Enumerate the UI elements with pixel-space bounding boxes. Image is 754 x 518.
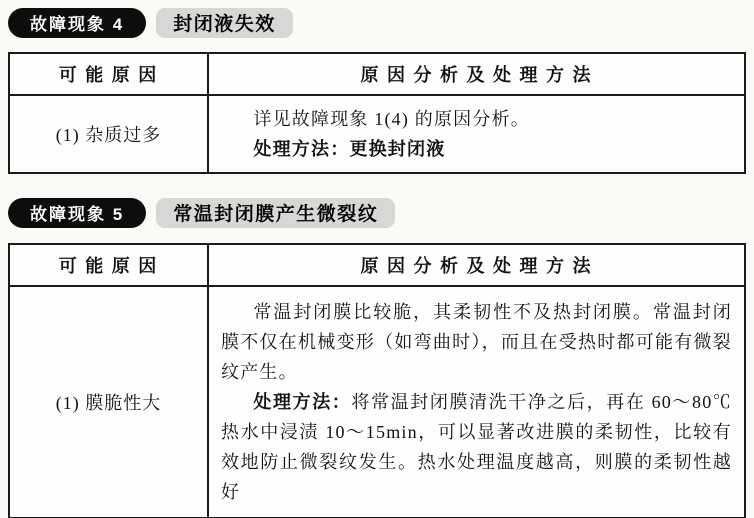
fault-table-4: 可 能 原 因 原 因 分 析 及 处 理 方 法 (1) 杂质过多 详见故障现…: [8, 52, 746, 174]
treatment-paragraph: 处理方法：更换封闭液: [221, 134, 732, 164]
analysis-cell: 详见故障现象 1(4) 的原因分析。 处理方法：更换封闭液: [208, 95, 745, 173]
fault-table-5: 可 能 原 因 原 因 分 析 及 处 理 方 法 (1) 膜脆性大 常温封闭膜…: [8, 243, 746, 518]
treatment-label: 处理方法：: [253, 392, 351, 412]
column-header-analysis: 原 因 分 析 及 处 理 方 法: [208, 244, 745, 286]
document-page: 故障现象 4 封闭液失效 可 能 原 因 原 因 分 析 及 处 理 方 法 (…: [0, 0, 754, 518]
analysis-cell: 常温封闭膜比较脆，其柔韧性不及热封闭膜。常温封闭膜不仅在机械变形（如弯曲时），而…: [208, 286, 745, 518]
cause-cell: (1) 膜脆性大: [9, 286, 208, 518]
fault-number-badge: 故障现象 4: [8, 8, 146, 38]
treatment-paragraph: 处理方法：将常温封闭膜清洗干净之后，再在 60～80℃热水中浸渍 10～15mi…: [221, 387, 732, 507]
table-row: (1) 杂质过多 详见故障现象 1(4) 的原因分析。 处理方法：更换封闭液: [9, 95, 745, 173]
analysis-paragraph: 常温封闭膜比较脆，其柔韧性不及热封闭膜。常温封闭膜不仅在机械变形（如弯曲时），而…: [221, 297, 732, 387]
fault-title-badge: 常温封闭膜产生微裂纹: [156, 198, 395, 228]
section-header-fault-5: 故障现象 5 常温封闭膜产生微裂纹: [8, 197, 746, 228]
fault-title-badge: 封闭液失效: [156, 8, 293, 38]
section-header-fault-4: 故障现象 4 封闭液失效: [8, 7, 746, 38]
table-header-row: 可 能 原 因 原 因 分 析 及 处 理 方 法: [9, 53, 745, 95]
fault-number-badge: 故障现象 5: [8, 198, 146, 228]
analysis-paragraph: 详见故障现象 1(4) 的原因分析。: [221, 104, 732, 134]
table-header-row: 可 能 原 因 原 因 分 析 及 处 理 方 法: [9, 244, 745, 286]
column-header-cause: 可 能 原 因: [9, 53, 208, 95]
column-header-analysis: 原 因 分 析 及 处 理 方 法: [208, 53, 745, 95]
table-row: (1) 膜脆性大 常温封闭膜比较脆，其柔韧性不及热封闭膜。常温封闭膜不仅在机械变…: [9, 286, 745, 518]
cause-cell: (1) 杂质过多: [9, 95, 208, 173]
column-header-cause: 可 能 原 因: [9, 244, 208, 286]
